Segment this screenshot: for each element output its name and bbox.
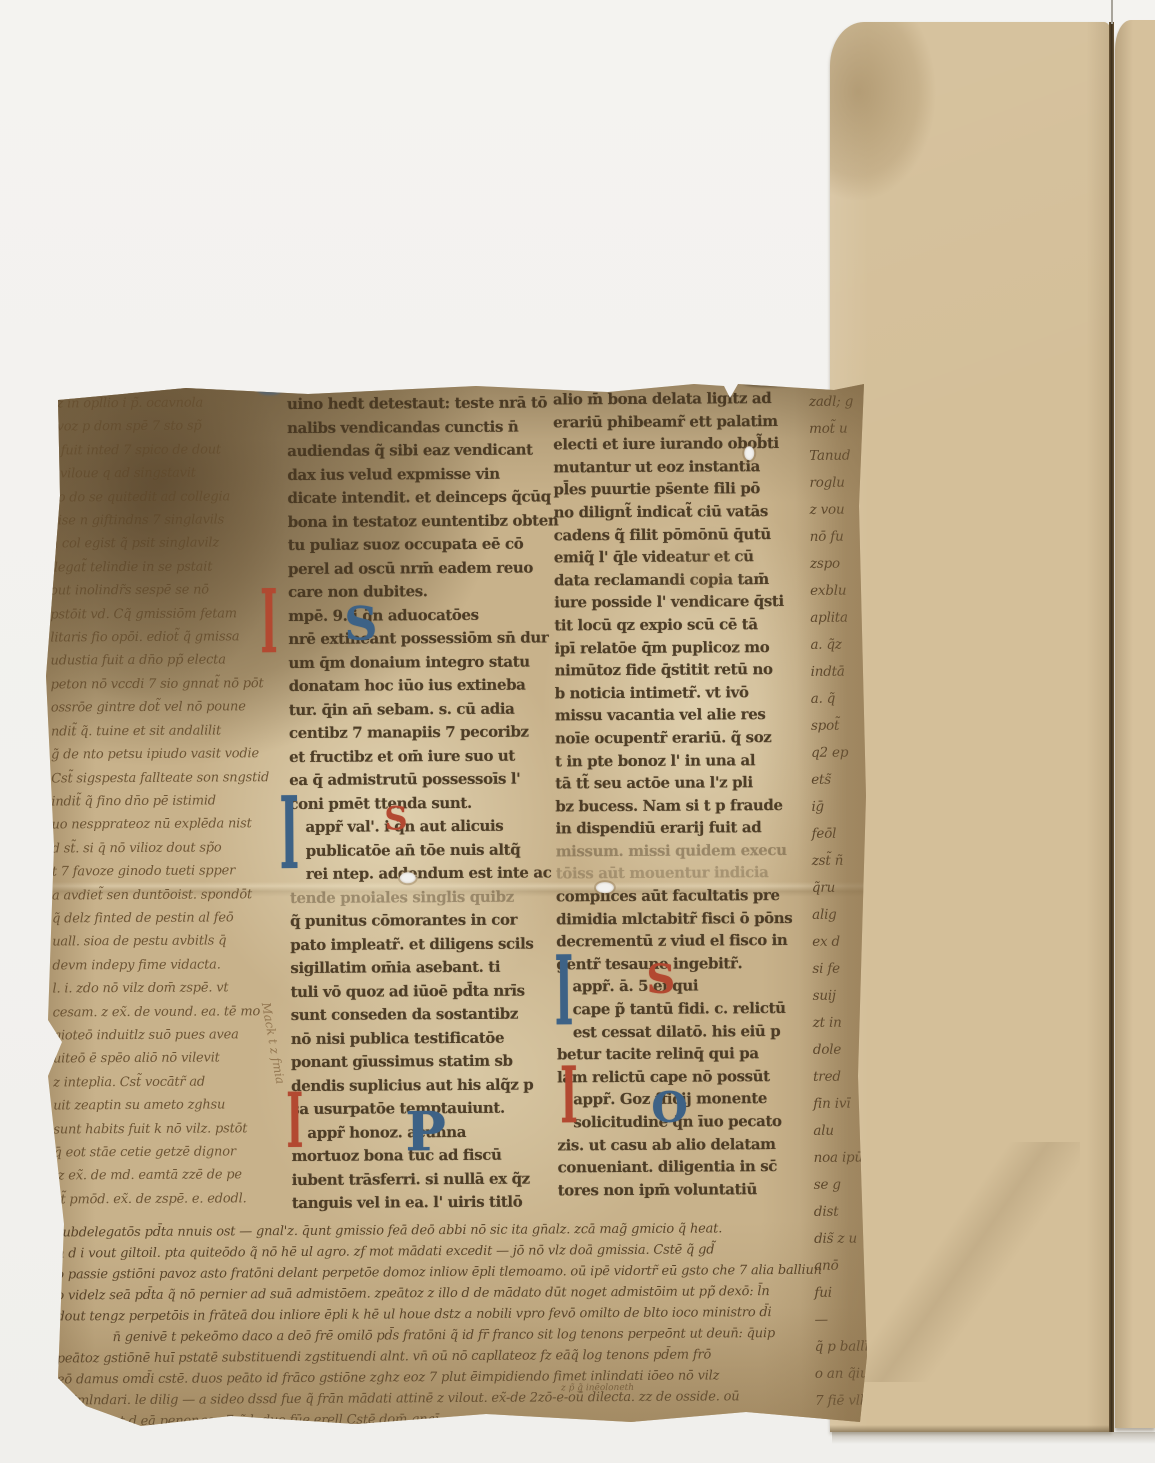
ink-smear — [591, 375, 665, 385]
text-line: dendis suplicius aut his alq̃z p — [291, 1073, 543, 1098]
gloss-line: t 7 favoze ginodo tueti spper — [52, 859, 290, 884]
left-margin-gloss: oz in opllio i p̃. ocavnolaavoz p dom sp… — [49, 391, 292, 1212]
text-line: ponant gīussimus statim sb — [291, 1049, 543, 1074]
initial-I-blue-2: I — [554, 943, 573, 1039]
text-line: noīe ocupentr̃ erariū. q̃ soz — [555, 726, 817, 750]
gloss-line: z inteplia. Cst̃ vocātr̃ ad — [53, 1070, 291, 1095]
text-line: um q̄m donaium integro statu — [288, 650, 540, 675]
gloss-line: gioteō induitlz suō pues avea — [53, 1023, 291, 1048]
initial-S-blue: S — [344, 600, 378, 646]
gloss-line: a. q̃ — [811, 685, 869, 712]
text-line: b noticia intimetr̃. vt ivō — [555, 681, 817, 705]
text-column-1: uino hedt detestaut: teste nrā tōnalibs … — [287, 391, 544, 1215]
text-line: pl̄es puurtie ps̄ente fili pō — [553, 477, 815, 501]
text-line: missu vacantia vel alie res — [555, 703, 817, 727]
text-line: et fructibz et om̄ iure suo ut — [289, 744, 541, 769]
text-line: sunt conseden da sostantibz — [291, 1002, 543, 1027]
gutter-top-edge — [1111, 0, 1113, 24]
initial-S-red-2: S — [646, 960, 675, 1000]
gloss-line: zst̃ ñ — [812, 847, 870, 874]
text-line: tanguis vel in ea. l' uiris titlō — [292, 1190, 544, 1215]
text-line: appr̃ val'. i q̄n aut alicuis — [289, 814, 541, 839]
text-line: conueniant. diligentia in sc̄ — [558, 1155, 820, 1179]
gloss-line: d st̃. si q̄ nō vilioz dout sp̃o — [52, 836, 290, 861]
gloss-line: g̃ de nto petsu ipiudo vasit vodie — [51, 742, 289, 767]
text-line: nrē extineant possessiōm sn̄ dur — [288, 626, 540, 651]
text-line: nimūtoz fide q̄stitit retū no — [555, 658, 817, 682]
text-line: electi et iure iurando obob̃ti — [553, 432, 815, 456]
gloss-line: avoz p dom spē 7 sto sp̃ — [49, 414, 287, 439]
parchment-surface: oz in opllio i p̃. ocavnolaavoz p dom sp… — [43, 373, 871, 1434]
gloss-line: exblu — [810, 577, 868, 604]
initial-O-blue: O — [651, 1087, 688, 1129]
text-line: data reclamandi copia tam̄ — [554, 568, 816, 592]
text-line: coni pmēt ttenda sunt. — [289, 791, 541, 816]
text-line: ipī relatōe q̄m puplicoz mo — [554, 635, 816, 659]
gloss-line: o fuit inted 7 spico de dout — [49, 438, 287, 463]
backing-album-page — [830, 22, 1112, 1432]
initial-P-blue: P — [405, 1104, 446, 1158]
gloss-line: Tanud — [809, 442, 867, 469]
gloss-line: nō fu — [810, 523, 868, 550]
text-line: care non dubites. — [288, 579, 540, 604]
initial-S-red-1: S — [384, 802, 407, 834]
gloss-line: alig — [812, 901, 870, 928]
gloss-line: litaris fio opōi. ediot̃ q̃ gmissa — [50, 625, 288, 650]
gloss-line: uiteō ē spēo aliō nō vilevit — [53, 1046, 291, 1071]
text-line: mutantur ut eoz instantia — [553, 455, 815, 479]
text-line: decrementū z viud el fisco in — [556, 929, 818, 953]
initial-I-red-3: I — [560, 1057, 578, 1135]
text-line: appr̃. ā. 5 ei qui — [556, 974, 818, 998]
text-line: cape p̃ tantū fidi. c. relictū — [557, 997, 819, 1021]
text-line: missum. missi quidem execu — [556, 839, 818, 863]
page-bottom-shadow — [832, 1432, 1155, 1444]
text-line: iure posside l' vendicare q̄sti — [554, 590, 816, 614]
gloss-line: st d eā penongsa 7 p̃-l- duo fūe erell C… — [57, 1407, 863, 1433]
gloss-line: Cst̃ sigspesta fallteate son sngstid — [51, 766, 289, 791]
text-line: uino hedt detestaut: teste nrā tō — [287, 391, 539, 416]
next-page-edge — [1115, 20, 1155, 1428]
gloss-line: zspo — [810, 550, 868, 577]
manuscript-photograph: oz in opllio i p̃. ocavnolaavoz p dom sp… — [0, 0, 1155, 1463]
initial-I-blue-1: I — [279, 783, 299, 883]
blue-ink-smudge — [257, 383, 283, 395]
text-line: iubent trāsferri. si nullā ex q̃z — [292, 1167, 544, 1192]
gloss-line: indit̃ q̃ fino dn̄o pē istimid — [51, 789, 289, 814]
gloss-line: l. i. zdo nō vilz dom̄ zspē. vt — [52, 976, 290, 1001]
text-line: betur tacite relinq̄ qui pa — [557, 1042, 819, 1066]
text-line: sigillatim om̄ia asebant. ti — [290, 955, 542, 980]
text-line: alio m̄ bona delata ligitz ad — [553, 387, 815, 411]
initial-I-red-1: I — [260, 577, 278, 665]
gloss-line: q̃ru — [812, 874, 870, 901]
text-line: gentr̃ tesaune ingebitr̃. — [556, 952, 818, 976]
gloss-line: lz ex̃. de md. eamtā zzē de pe — [54, 1163, 292, 1188]
parchment-hole — [744, 446, 754, 460]
text-line: est cessat dilatō. his eiū p — [557, 1019, 819, 1043]
ink-smear — [409, 378, 449, 386]
gloss-line: oz in opllio i p̃. ocavnola — [49, 391, 287, 416]
text-line: in dispendiū erarij fuit ad — [555, 816, 817, 840]
gloss-line: roglu — [809, 469, 867, 496]
text-line: audiendas q̃ sibi eaz vendicant — [287, 438, 539, 463]
text-line: tores non ipm̄ voluntatiū — [558, 1178, 820, 1202]
gloss-line: udustia fuit a dn̄o pp̃ electa — [50, 648, 288, 673]
gloss-line: llegat̃ telindie in se pstait — [50, 555, 288, 580]
text-line: bz bucess. Nam si t p fraude — [555, 793, 817, 817]
gloss-line: no do se quitedit ad collegia — [49, 485, 287, 510]
gloss-line: uo nespprateoz nū explēda nist — [51, 812, 289, 837]
gloss-line: nise n giftindns 7 singlavils — [50, 508, 288, 533]
gloss-line: iḡ — [811, 793, 869, 820]
gloss-line: peton nō vccdi 7 sio gnnat̃ nō pōt — [51, 672, 289, 697]
gloss-line: uit zeaptin su ameto zghsu — [53, 1093, 291, 1118]
gloss-line: u col egist q̃ psit singlavilz — [50, 531, 288, 556]
ink-smear — [743, 378, 795, 387]
text-line: q̃ punitus cōmorantes in cor — [290, 908, 542, 933]
text-column-2: alio m̄ bona delata ligitz aderariū phib… — [553, 387, 820, 1202]
text-line: tā tt̃ seu actōe una l'z pli — [555, 771, 817, 795]
gloss-line: q2 ep — [811, 739, 869, 766]
text-line: centibz 7 manapiis 7 pecoribz — [289, 720, 541, 745]
interlinear-note: z p̃ g̃ inēoloneth — [561, 1383, 634, 1393]
gloss-line: aplita — [810, 604, 868, 631]
parchment-hole — [596, 882, 614, 893]
text-line: dax ius velud expmisse vin — [287, 462, 539, 487]
parchment-fragment: oz in opllio i p̃. ocavnolaavoz p dom sp… — [46, 376, 868, 1432]
text-line: perel ad oscū nrm̄ eadem reuo — [288, 556, 540, 581]
text-line: zis. ut casu ab alio delatam — [557, 1132, 819, 1156]
text-line: cadens q̃ filit pōmōnū q̄utū — [554, 522, 816, 546]
text-line: bona in testatoz euntentibz obten — [288, 509, 540, 534]
gloss-line: z viloue q ad singstavit — [49, 461, 287, 486]
text-line: nō nisi publica testificatōe — [291, 1026, 543, 1051]
gloss-line: indtā — [811, 658, 869, 685]
text-line: tuli vō quoz ad iūoē pd̄ta nrīs — [290, 979, 542, 1004]
gloss-line: ndit̃ q̃. tuine et sit andalilit — [51, 719, 289, 744]
gloss-line: q̄ eot stāe cetie getzē dignor — [53, 1140, 291, 1165]
text-line: tende pnoiales singlis quibz — [290, 885, 542, 910]
book-gutter — [1109, 22, 1114, 1432]
gloss-line: ets̃ — [811, 766, 869, 793]
text-line: nalibs vendicandas cunctis n̄ — [287, 415, 539, 440]
text-line: dimidia mlctabitr̃ fisci ō pōns — [556, 906, 818, 930]
gloss-line: uall. sioa de pestu avbitls q̄ — [52, 929, 290, 954]
gloss-line: zt̃ pmōd. ex̃. de zspē. e. edodl. — [54, 1187, 292, 1212]
parchment-hole — [400, 872, 416, 883]
text-line: mpē. 9. i q̄n aduocatōes — [288, 603, 540, 628]
gloss-line: pstōit vd. Cq̃ gmissiōm fetam — [50, 602, 288, 627]
gloss-line: devm indepy fime vidacta. — [52, 953, 290, 978]
gloss-line: q̃ delz finted de pestin al feō — [52, 906, 290, 931]
text-line: erariū phibeamr̃ ett palatim — [553, 409, 815, 433]
gloss-line: mot̃ u — [809, 415, 867, 442]
gloss-line: z vou — [810, 496, 868, 523]
gloss-line: a. q̃z — [810, 631, 868, 658]
gloss-line: feōl — [811, 820, 869, 847]
text-line: tōiss aūt mouentur indicia — [556, 861, 818, 885]
gloss-line: cesam. z ex̃. de vound. ea. tē mo — [53, 1000, 291, 1025]
text-line: emiq̃ l' q̄le videatur et cū — [554, 545, 816, 569]
text-line: tu puliaz suoz occupata eē cō — [288, 532, 540, 557]
text-line: donatam hoc iūo ius extineba — [289, 673, 541, 698]
gloss-line: out inolindr̃s sespē se nō — [50, 578, 288, 603]
gloss-line: zadl; g — [809, 388, 867, 415]
gloss-line: ossrōe gintre dot̃ vel nō poune — [51, 695, 289, 720]
text-line: no dilignt̃ indicat̃ ciū vatās — [554, 500, 816, 524]
text-line: tur. q̄in an̄ sebam. s. cū adia — [289, 697, 541, 722]
backing-page-crease — [850, 1142, 1080, 1382]
text-line: tit locū qz expio scū cē tā — [554, 613, 816, 637]
initial-I-red-2: I — [286, 1083, 304, 1159]
bottom-margin-gloss: subdelegatōs pd̄ta nnuis ost — gnal'z. q… — [56, 1218, 863, 1433]
text-line: publicatōe an̄ tōe nuis altq̃ — [290, 838, 542, 863]
gloss-line: sunt habits fuit k nō vilz. pstōt — [53, 1117, 291, 1142]
text-line: pato impleatr̃. et diligens scils — [290, 932, 542, 957]
text-line: t in pte bonoz l' in una al — [555, 748, 817, 772]
text-line: rei ntep. addendum est inte ac — [290, 861, 542, 886]
gloss-line: a avdiet̃ sen duntōoist. spondōt — [52, 883, 290, 908]
text-line: dicate intendit. et deinceps q̃cūq — [287, 485, 539, 510]
text-line: ea q̄ admistrutū possessoīs l' — [289, 767, 541, 792]
gloss-line: spot̃ — [811, 712, 869, 739]
